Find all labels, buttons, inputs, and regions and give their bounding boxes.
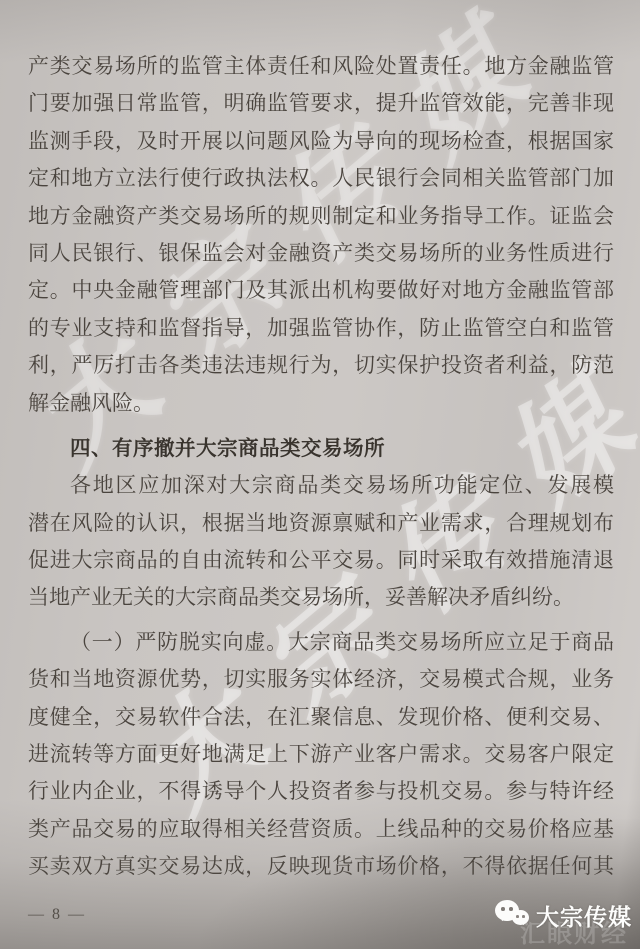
text-line: 同人民银行、银保监会对金融资产类交易场所的业务性质进行认	[28, 235, 614, 272]
text-line: 各地区应加深对大宗商品类交易场所功能定位、发展模式、	[28, 467, 614, 504]
text-line: 地方金融资产类交易场所的规则制定和业务指导工作。证监会会	[28, 198, 614, 235]
section-heading: 四、有序撤并大宗商品类交易场所	[28, 430, 614, 467]
page-number: — 8 —	[28, 906, 86, 924]
text-line: 的专业支持和监督指导，加强监管协作，防止监管空白和监管套	[28, 310, 614, 347]
text-line: 解金融风险。	[28, 385, 614, 422]
text-line: 买卖双方真实交易达成，反映现货市场价格，不得依据任何其他	[28, 848, 614, 885]
paragraph-item-1: （一）严防脱实向虚。大宗商品类交易场所应立足于商品现货和当地资源优势，切实服务实…	[28, 624, 614, 886]
paragraph-section-intro: 各地区应加深对大宗商品类交易场所功能定位、发展模式、潜在风险的认识，根据当地资源…	[28, 467, 614, 617]
text-line: 度健全，交易软件合法，在汇聚信息、发现价格、便利交易、促	[28, 699, 614, 736]
text-line: 定和地方立法行使行政执法权。人民银行会同相关监管部门加强	[28, 160, 614, 197]
text-line: （一）严防脱实向虚。大宗商品类交易场所应立足于商品现	[28, 624, 614, 661]
text-line: 潜在风险的认识，根据当地资源禀赋和产业需求，合理规划布局，	[28, 505, 614, 542]
brand-footer: 大宗传媒	[493, 897, 632, 933]
text-line: 类产品交易的应取得相关经营资质。上线品种的交易价格应基于	[28, 811, 614, 848]
text-line: 监测手段，及时开展以问题风险为导向的现场检查，根据国家规	[28, 123, 614, 160]
document-page: 大宗传媒 大宗传媒 产类交易场所的监管主体责任和风险处置责任。地方金融监管部门要…	[0, 0, 640, 949]
wechat-icon	[493, 897, 533, 933]
paragraph-continuation: 产类交易场所的监管主体责任和风险处置责任。地方金融监管部门要加强日常监管，明确监…	[28, 48, 614, 422]
document-body: 产类交易场所的监管主体责任和风险处置责任。地方金融监管部门要加强日常监管，明确监…	[28, 48, 614, 886]
text-line: 利，严厉打击各类违法违规行为，切实保护投资者利益，防范化	[28, 347, 614, 384]
text-line: 定。中央金融管理部门及其派出机构要做好对地方金融监管部门	[28, 272, 614, 309]
text-line: 当地产业无关的大宗商品类交易场所，妥善解决矛盾纠纷。	[28, 579, 614, 616]
text-line: 进流转等方面更好地满足上下游产业客户需求。交易客户限定为	[28, 736, 614, 773]
text-line: 货和当地资源优势，切实服务实体经济，交易模式合规，业务制	[28, 661, 614, 698]
text-line: 行业内企业，不得诱导个人投资者参与投机交易。参与特许经营	[28, 773, 614, 810]
text-line: 门要加强日常监管，明确监管要求，提升监管效能，完善非现场	[28, 85, 614, 122]
text-line: 促进大宗商品的自由流转和公平交易。同时采取有效措施清退与	[28, 542, 614, 579]
text-line: 产类交易场所的监管主体责任和风险处置责任。地方金融监管部	[28, 48, 614, 85]
brand-name: 大宗传媒	[536, 899, 632, 932]
